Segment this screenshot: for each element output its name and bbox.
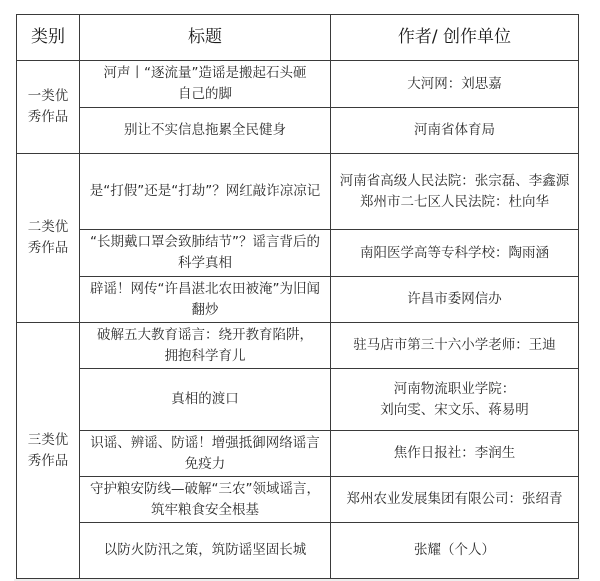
cell-text-line: 破解五大教育谣言：绕开教育陷阱，: [84, 325, 326, 346]
cell-text-line: 河南物流职业学院：: [335, 379, 574, 400]
cell-text-line: 科学真相: [84, 253, 326, 274]
cell-text-line: 别让不实信息拖累全民健身: [84, 120, 326, 141]
cell-text-line: 驻马店市第三十六小学老师：王迪: [335, 335, 574, 356]
title-cell: 是“打假”还是“打劫”？网红敲诈凉凉记: [80, 154, 331, 230]
author-cell: 南阳医学高等专科学校：陶雨涵: [331, 230, 579, 277]
title-cell: 守护粮安防线—破解“三农”领域谣言，筑牢粮食安全根基: [80, 477, 331, 523]
cell-text-line: 是“打假”还是“打劫”？网红敲诈凉凉记: [84, 181, 326, 202]
table-row: 三类优秀作品破解五大教育谣言：绕开教育陷阱，拥抱科学育儿驻马店市第三十六小学老师…: [17, 323, 579, 369]
cell-text-line: 秀作品: [21, 238, 75, 259]
author-cell: 张耀（个人）: [331, 523, 579, 579]
category-cell: 一类优秀作品: [17, 61, 80, 154]
title-cell: 别让不实信息拖累全民健身: [80, 108, 331, 154]
table-row: 识谣、辨谣、防谣！增强抵御网络谣言免疫力焦作日报社：李润生: [17, 431, 579, 477]
header-row: 类别 标题 作者/ 创作单位: [17, 15, 579, 61]
cell-text-line: 秀作品: [21, 451, 75, 472]
cell-text-line: 河声丨“逐流量”造谣是搬起石头砸: [84, 63, 326, 84]
cell-text-line: 翻炒: [84, 300, 326, 321]
title-cell: 辟谣！网传“许昌湛北农田被淹”为旧闻翻炒: [80, 277, 331, 323]
cell-text-line: 一类优: [21, 86, 75, 107]
cell-text-line: 识谣、辨谣、防谣！增强抵御网络谣言: [84, 433, 326, 454]
header-author: 作者/ 创作单位: [331, 15, 579, 61]
header-category: 类别: [17, 15, 80, 61]
title-cell: 真相的渡口: [80, 369, 331, 431]
cell-text-line: 刘向雯、宋文乐、蒋易明: [335, 400, 574, 421]
table-row: “长期戴口罩会致肺结节”？谣言背后的科学真相南阳医学高等专科学校：陶雨涵: [17, 230, 579, 277]
author-cell: 大河网：刘思嘉: [331, 61, 579, 108]
author-cell: 驻马店市第三十六小学老师：王迪: [331, 323, 579, 369]
cell-text-line: “长期戴口罩会致肺结节”？谣言背后的: [84, 232, 326, 253]
cell-text-line: 辟谣！网传“许昌湛北农田被淹”为旧闻: [84, 279, 326, 300]
author-cell: 河南省高级人民法院：张宗磊、李鑫源郑州市二七区人民法院：杜向华: [331, 154, 579, 230]
cell-text-line: 拥抱科学育儿: [84, 346, 326, 367]
cell-text-line: 焦作日报社：李润生: [335, 443, 574, 464]
cell-text-line: 真相的渡口: [84, 389, 326, 410]
title-cell: 以防火防汛之策，筑防谣坚固长城: [80, 523, 331, 579]
author-cell: 许昌市委网信办: [331, 277, 579, 323]
author-cell: 河南物流职业学院：刘向雯、宋文乐、蒋易明: [331, 369, 579, 431]
table-row: 守护粮安防线—破解“三农”领域谣言，筑牢粮食安全根基郑州农业发展集团有限公司：张…: [17, 477, 579, 523]
category-cell: 二类优秀作品: [17, 154, 80, 323]
cell-text-line: 守护粮安防线—破解“三农”领域谣言，: [84, 479, 326, 500]
header-title: 标题: [80, 15, 331, 61]
table-row: 一类优秀作品河声丨“逐流量”造谣是搬起石头砸自己的脚大河网：刘思嘉: [17, 61, 579, 108]
cell-text-line: 二类优: [21, 217, 75, 238]
cell-text-line: 筑牢粮食安全根基: [84, 500, 326, 521]
cell-text-line: 郑州市二七区人民法院：杜向华: [335, 192, 574, 213]
title-cell: 识谣、辨谣、防谣！增强抵御网络谣言免疫力: [80, 431, 331, 477]
author-cell: 河南省体育局: [331, 108, 579, 154]
table-row: 真相的渡口河南物流职业学院：刘向雯、宋文乐、蒋易明: [17, 369, 579, 431]
cell-text-line: 大河网：刘思嘉: [335, 74, 574, 95]
table-row: 以防火防汛之策，筑防谣坚固长城张耀（个人）: [17, 523, 579, 579]
awards-table: 类别 标题 作者/ 创作单位 一类优秀作品河声丨“逐流量”造谣是搬起石头砸自己的…: [16, 14, 579, 579]
cell-text-line: 河南省体育局: [335, 120, 574, 141]
cell-text-line: 秀作品: [21, 107, 75, 128]
title-cell: “长期戴口罩会致肺结节”？谣言背后的科学真相: [80, 230, 331, 277]
table-body: 一类优秀作品河声丨“逐流量”造谣是搬起石头砸自己的脚大河网：刘思嘉别让不实信息拖…: [17, 61, 579, 579]
author-cell: 焦作日报社：李润生: [331, 431, 579, 477]
title-cell: 河声丨“逐流量”造谣是搬起石头砸自己的脚: [80, 61, 331, 108]
cell-text-line: 自己的脚: [84, 84, 326, 105]
category-cell: 三类优秀作品: [17, 323, 80, 579]
cell-text-line: 三类优: [21, 430, 75, 451]
cell-text-line: 免疫力: [84, 454, 326, 475]
table-row: 二类优秀作品是“打假”还是“打劫”？网红敲诈凉凉记河南省高级人民法院：张宗磊、李…: [17, 154, 579, 230]
cell-text-line: 以防火防汛之策，筑防谣坚固长城: [84, 540, 326, 561]
author-cell: 郑州农业发展集团有限公司：张绍青: [331, 477, 579, 523]
table-row: 辟谣！网传“许昌湛北农田被淹”为旧闻翻炒许昌市委网信办: [17, 277, 579, 323]
cell-text-line: 南阳医学高等专科学校：陶雨涵: [335, 243, 574, 264]
title-cell: 破解五大教育谣言：绕开教育陷阱，拥抱科学育儿: [80, 323, 331, 369]
cell-text-line: 郑州农业发展集团有限公司：张绍青: [335, 489, 574, 510]
table-row: 别让不实信息拖累全民健身河南省体育局: [17, 108, 579, 154]
cell-text-line: 河南省高级人民法院：张宗磊、李鑫源: [335, 171, 574, 192]
cell-text-line: 许昌市委网信办: [335, 289, 574, 310]
cell-text-line: 张耀（个人）: [335, 540, 574, 561]
